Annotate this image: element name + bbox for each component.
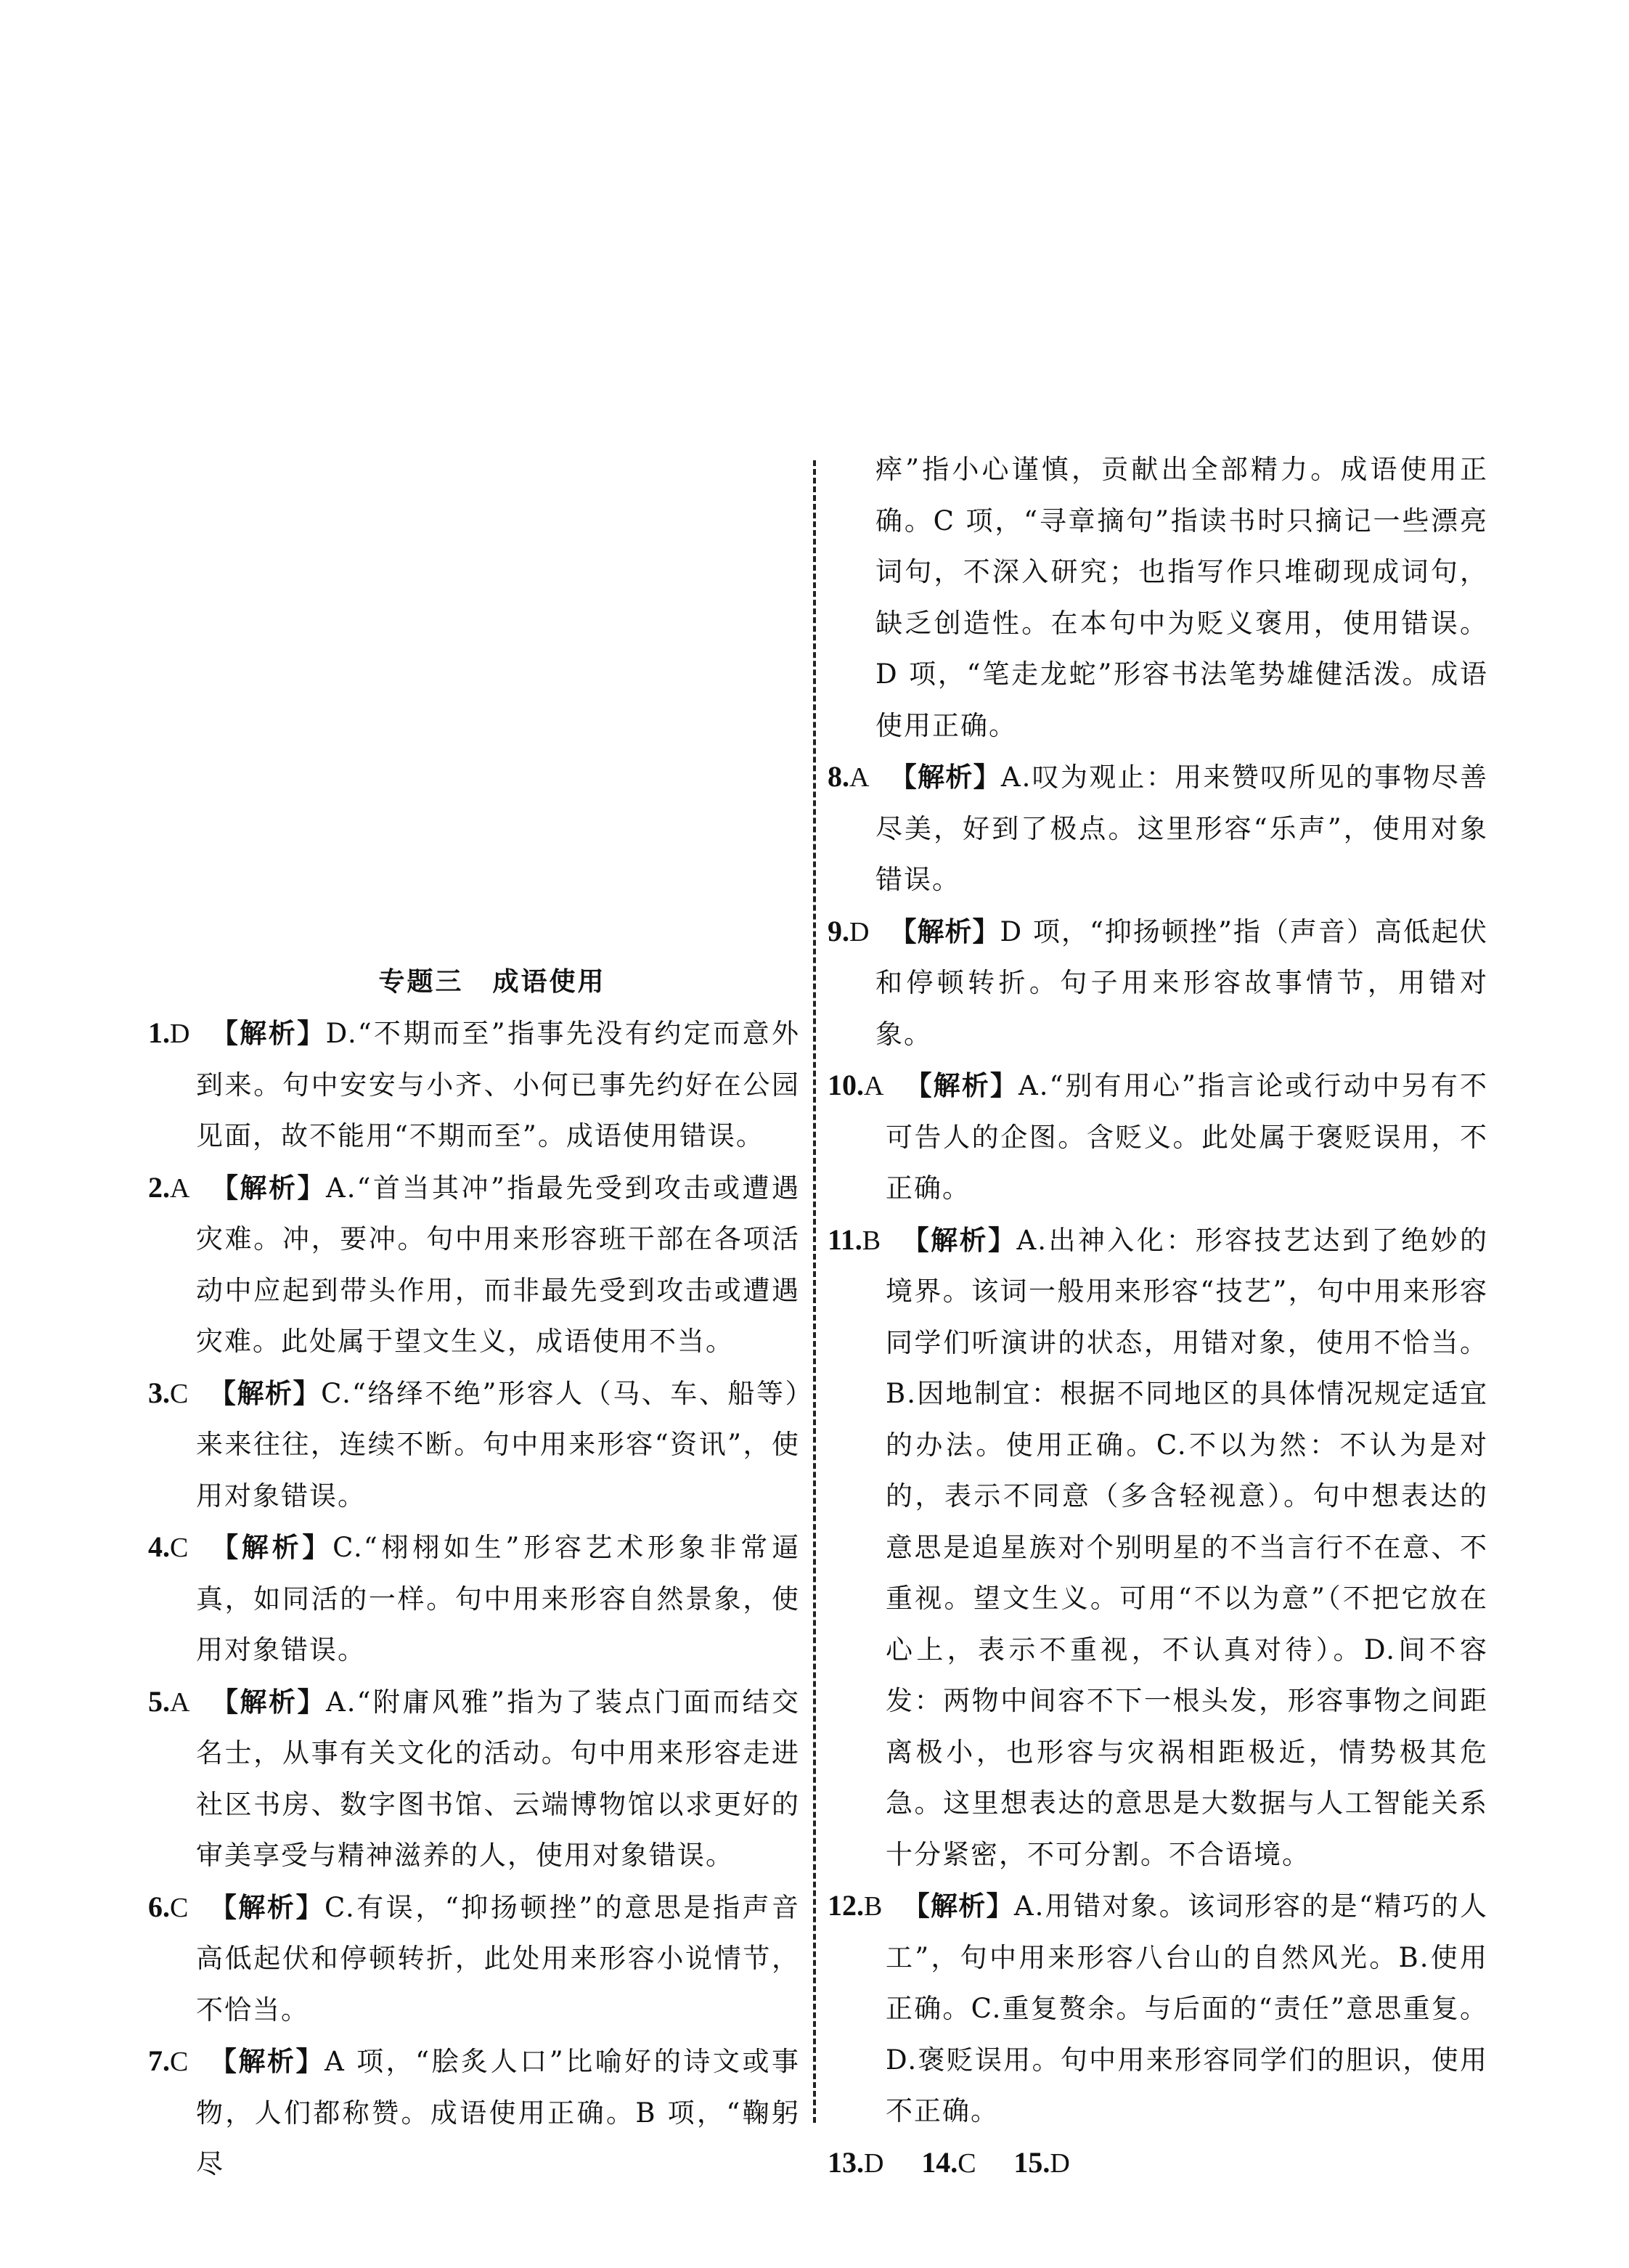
item-answer: A (170, 1687, 189, 1718)
answer-item-9: 9.D【解析】D 项，“抑扬顿挫”指（声音）高低起伏和停顿转折。句子用来形容故事… (828, 906, 1488, 1061)
item-answer: D (864, 2148, 883, 2179)
analysis-tag: 【解析】 (889, 916, 1000, 947)
answer-item-2: 2.A【解析】A.“首当其冲”指最先受到攻击或遭遇灾难。冲，要冲。句中用来形容班… (148, 1162, 800, 1368)
answer-item-8: 8.A【解析】A.叹为观止：用来赞叹所见的事物尽善尽美，好到了极点。这里形容“乐… (828, 751, 1488, 906)
analysis-tag: 【解析】 (902, 1890, 1013, 1922)
item-answer: C (958, 2148, 976, 2179)
item-number: 1. (148, 1016, 170, 1049)
item-answer: B (864, 1891, 882, 1922)
item-explanation: A.用错对象。该词形容的是“精巧的人工”，句中用来形容八台山的自然风光。B.使用… (886, 1890, 1488, 2126)
item-number: 10. (828, 1069, 864, 1101)
section-title-number: 专题三 (378, 967, 463, 997)
analysis-tag: 【解析】 (208, 2046, 324, 2077)
analysis-tag: 【解析】 (208, 1892, 324, 1923)
short-answers-row: 13.D 14.C 15.D (828, 2137, 1488, 2190)
item-number: 13. (828, 2146, 864, 2179)
item-answer: D (849, 917, 869, 947)
item-number: 4. (148, 1530, 170, 1563)
answer-item-6: 6.C【解析】C.有误，“抑扬顿挫”的意思是指声音高低起伏和停顿转折，此处用来形… (148, 1882, 800, 2036)
left-column: 专题三成语使用 1.D【解析】D.“不期而至”指事先没有约定而意外到来。句中安安… (148, 957, 800, 2190)
item-answer: D (170, 1019, 189, 1049)
item-answer: C (170, 1379, 188, 1409)
analysis-tag: 【解析】 (889, 762, 1000, 793)
analysis-tag: 【解析】 (904, 1070, 1018, 1101)
section-title-topic: 成语使用 (493, 967, 606, 997)
item-answer: D (1050, 2148, 1069, 2179)
item-number: 12. (828, 1889, 864, 1922)
answer-key-page: 专题三成语使用 1.D【解析】D.“不期而至”指事先没有约定而意外到来。句中安安… (0, 0, 1629, 2268)
answer-item-11: 11.B【解析】A.出神入化：形容技艺达到了绝妙的境界。该词一般用来形容“技艺”… (828, 1215, 1488, 1881)
short-answer-13: 13.D (828, 2147, 883, 2179)
item-number: 9. (828, 915, 849, 947)
column-divider (813, 460, 816, 2123)
answer-item-7: 7.C【解析】A 项，“脍炙人口”比喻好的诗文或事物，人们都称赞。成语使用正确。… (148, 2036, 800, 2190)
item-number: 2. (148, 1171, 170, 1204)
item-answer: C (170, 1893, 188, 1923)
short-answer-15: 15.D (1013, 2147, 1069, 2179)
item-explanation-continued: 瘁”指小心谨慎，贡献出全部精力。成语使用正确。C 项，“寻章摘句”指读书时只摘记… (875, 454, 1488, 741)
analysis-tag: 【解析】 (210, 1018, 325, 1049)
analysis-tag: 【解析】 (210, 1686, 326, 1718)
answer-item-5: 5.A【解析】A.“附庸风雅”指为了装点门面而结交名士，从事有关文化的活动。句中… (148, 1676, 800, 1882)
analysis-tag: 【解析】 (210, 1172, 326, 1204)
item-number: 7. (148, 2044, 170, 2077)
answer-item-3: 3.C【解析】C.“络绎不绝”形容人（马、车、船等）来来往往，连续不断。句中用来… (148, 1368, 800, 1522)
analysis-tag: 【解析】 (208, 1378, 321, 1409)
item-answer: A (170, 1173, 189, 1204)
item-number: 15. (1013, 2146, 1050, 2179)
item-number: 11. (828, 1223, 862, 1256)
answer-item-1: 1.D【解析】D.“不期而至”指事先没有约定而意外到来。句中安安与小齐、小何已事… (148, 1008, 800, 1162)
answer-item-4: 4.C【解析】C.“栩栩如生”形容艺术形象非常逼真，如同活的一样。句中用来形容自… (148, 1522, 800, 1676)
item-answer: C (170, 2047, 188, 2077)
short-answer-14: 14.C (921, 2147, 976, 2179)
item-answer: B (862, 1225, 881, 1256)
answer-item-12: 12.B【解析】A.用错对象。该词形容的是“精巧的人工”，句中用来形容八台山的自… (828, 1880, 1488, 2137)
item-answer: C (170, 1533, 188, 1563)
answer-item-7-continued: 瘁”指小心谨慎，贡献出全部精力。成语使用正确。C 项，“寻章摘句”指读书时只摘记… (828, 444, 1488, 751)
item-number: 5. (148, 1685, 170, 1718)
answer-item-10: 10.A【解析】A.“别有用心”指言论或行动中另有不可告人的企图。含贬义。此处属… (828, 1060, 1488, 1215)
item-answer: A (849, 762, 869, 793)
analysis-tag: 【解析】 (208, 1532, 332, 1563)
item-number: 6. (148, 1890, 170, 1923)
item-number: 3. (148, 1376, 170, 1409)
item-answer: A (864, 1071, 883, 1101)
item-explanation: A.出神入化：形容技艺达到了绝妙的境界。该词一般用来形容“技艺”，句中用来形容同… (886, 1225, 1488, 1870)
section-title: 专题三成语使用 (148, 957, 800, 1008)
analysis-tag: 【解析】 (901, 1225, 1016, 1256)
item-number: 8. (828, 760, 849, 793)
item-number: 14. (921, 2146, 958, 2179)
right-column: 瘁”指小心谨慎，贡献出全部精力。成语使用正确。C 项，“寻章摘句”指读书时只摘记… (828, 444, 1488, 2189)
